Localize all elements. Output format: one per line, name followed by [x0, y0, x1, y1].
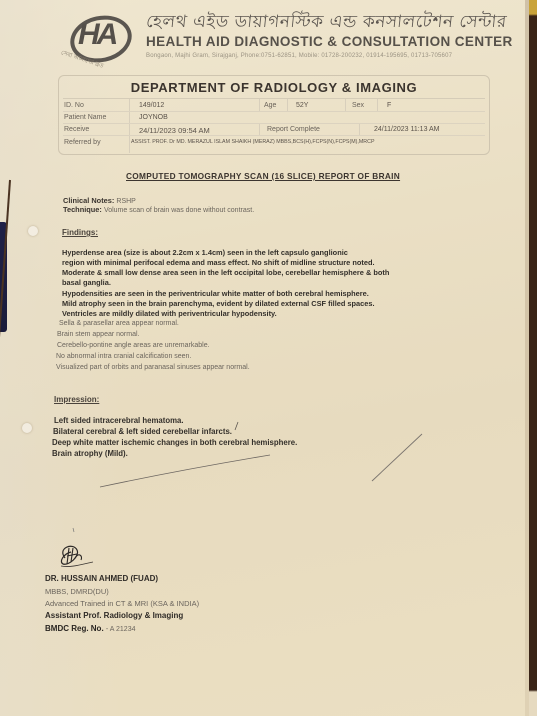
- doctor-designation: Assistant Prof. Radiology & Imaging: [45, 611, 183, 620]
- bmdc-reg-label: BMDC Reg. No.: [45, 624, 104, 633]
- bmdc-reg: BMDC Reg. No. - A 21234: [45, 624, 136, 633]
- doctor-name: DR. HUSSAIN AHMED (FUAD): [45, 574, 158, 583]
- signature-icon: [55, 540, 95, 572]
- pen-stroke-icon: [73, 528, 74, 532]
- doctor-training: Advanced Trained in CT & MRI (KSA & INDI…: [45, 599, 199, 608]
- pen-stroke-icon: [372, 434, 422, 481]
- report-page: HA সেবা আমাদের ব্রত হেলথ এইড ডায়াগনস্টি…: [0, 0, 537, 716]
- bmdc-reg-value: - A 21234: [106, 626, 136, 633]
- pen-stroke-icon: [235, 422, 238, 430]
- doctor-degree: MBBS, DMRD(DU): [45, 587, 109, 596]
- pen-marks: [0, 0, 537, 716]
- pen-stroke-icon: [100, 455, 270, 487]
